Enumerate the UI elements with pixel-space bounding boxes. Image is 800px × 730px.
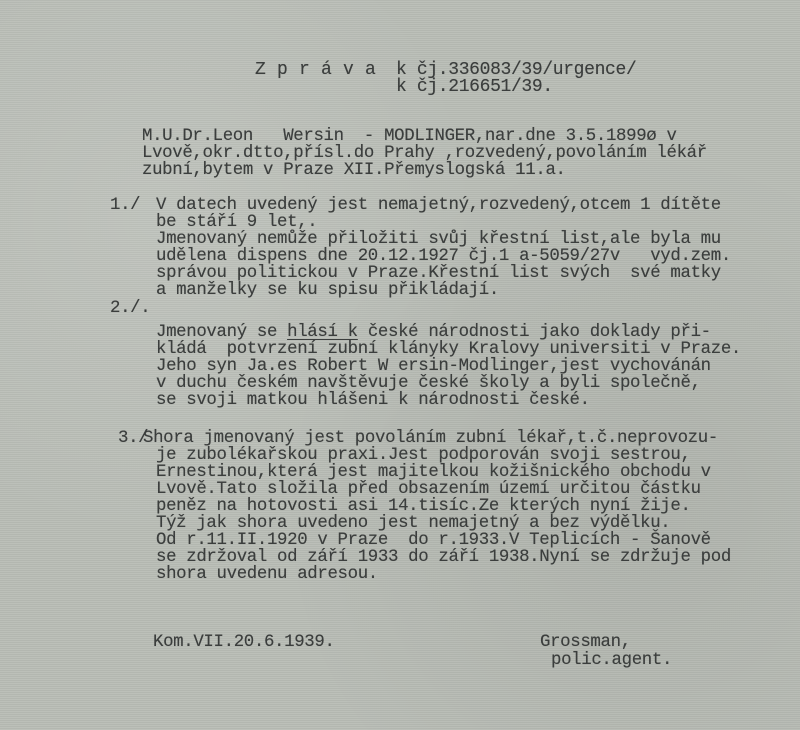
section-line: a manželky se ku spisu přikládají. — [156, 282, 499, 299]
section-number: 1./ — [110, 197, 140, 214]
signature-name: Grossman, — [540, 634, 631, 651]
section-line: se svoji matkou hlášeni k národnosti čes… — [156, 392, 590, 409]
section-line: be stáří 9 let,. — [156, 214, 317, 231]
place-date: Kom.VII.20.6.1939. — [153, 634, 335, 651]
section-line: V datech uvedený jest nemajetný,rozveden… — [156, 197, 721, 214]
section-line: v duchu českém navštěvuje české školy a … — [156, 375, 701, 392]
section-line: peněz na hotovosti asi 14.tisíc.Ze který… — [156, 498, 691, 515]
section-line: se zdržoval od září 1933 do září 1938.Ny… — [156, 549, 731, 566]
section-line: Shora jmenovaný jest povoláním zubní lék… — [143, 430, 718, 447]
section-line: Lvově.Tato složila před obsazením území … — [156, 481, 701, 498]
intro-line: M.U.Dr.Leon Wersin - MODLINGER,nar.dne 3… — [142, 128, 677, 145]
typewritten-report-page: Z p r á v a k čj.336083/39/urgence/ k čj… — [0, 0, 800, 730]
section-line: Jmenovaný se hlásí k české národnosti ja… — [156, 324, 711, 341]
section-line: Jmenovaný nemůže přiložiti svůj křestní … — [156, 231, 721, 248]
section-line: správou politickou v Praze.Křestní list … — [156, 265, 721, 282]
section-line: Jeho syn Ja.es Robert W ersin-Modlinger,… — [156, 358, 711, 375]
section-line: Od r.11.II.1920 v Praze do r.1933.V Tepl… — [156, 532, 711, 549]
intro-line: Lvově,okr.dtto,přísl.do Prahy ,rozvedený… — [142, 145, 707, 162]
section-line: udělena dispens dne 20.12.1927 čj.1 a-50… — [156, 248, 731, 265]
reference-number-2: k čj.216651/39. — [396, 79, 553, 96]
section-line: Ernestinou,která jest majitelkou kožišni… — [156, 464, 711, 481]
section-line: shora uvedenu adresou. — [156, 566, 378, 583]
section-line: Týž jak shora uvedeno jest nemajetný a b… — [156, 515, 670, 532]
intro-line: zubní,bytem v Praze XII.Přemyslogská 11.… — [142, 162, 566, 179]
signature-title: polic.agent. — [551, 652, 672, 669]
report-title: Z p r á v a — [255, 62, 376, 79]
section-line: je zubolékařskou praxi.Jest podporován s… — [156, 447, 691, 464]
section-line: kládá potvrzení zubní klányky Kralovy un… — [156, 341, 741, 358]
section-number: 2./. — [110, 300, 150, 317]
